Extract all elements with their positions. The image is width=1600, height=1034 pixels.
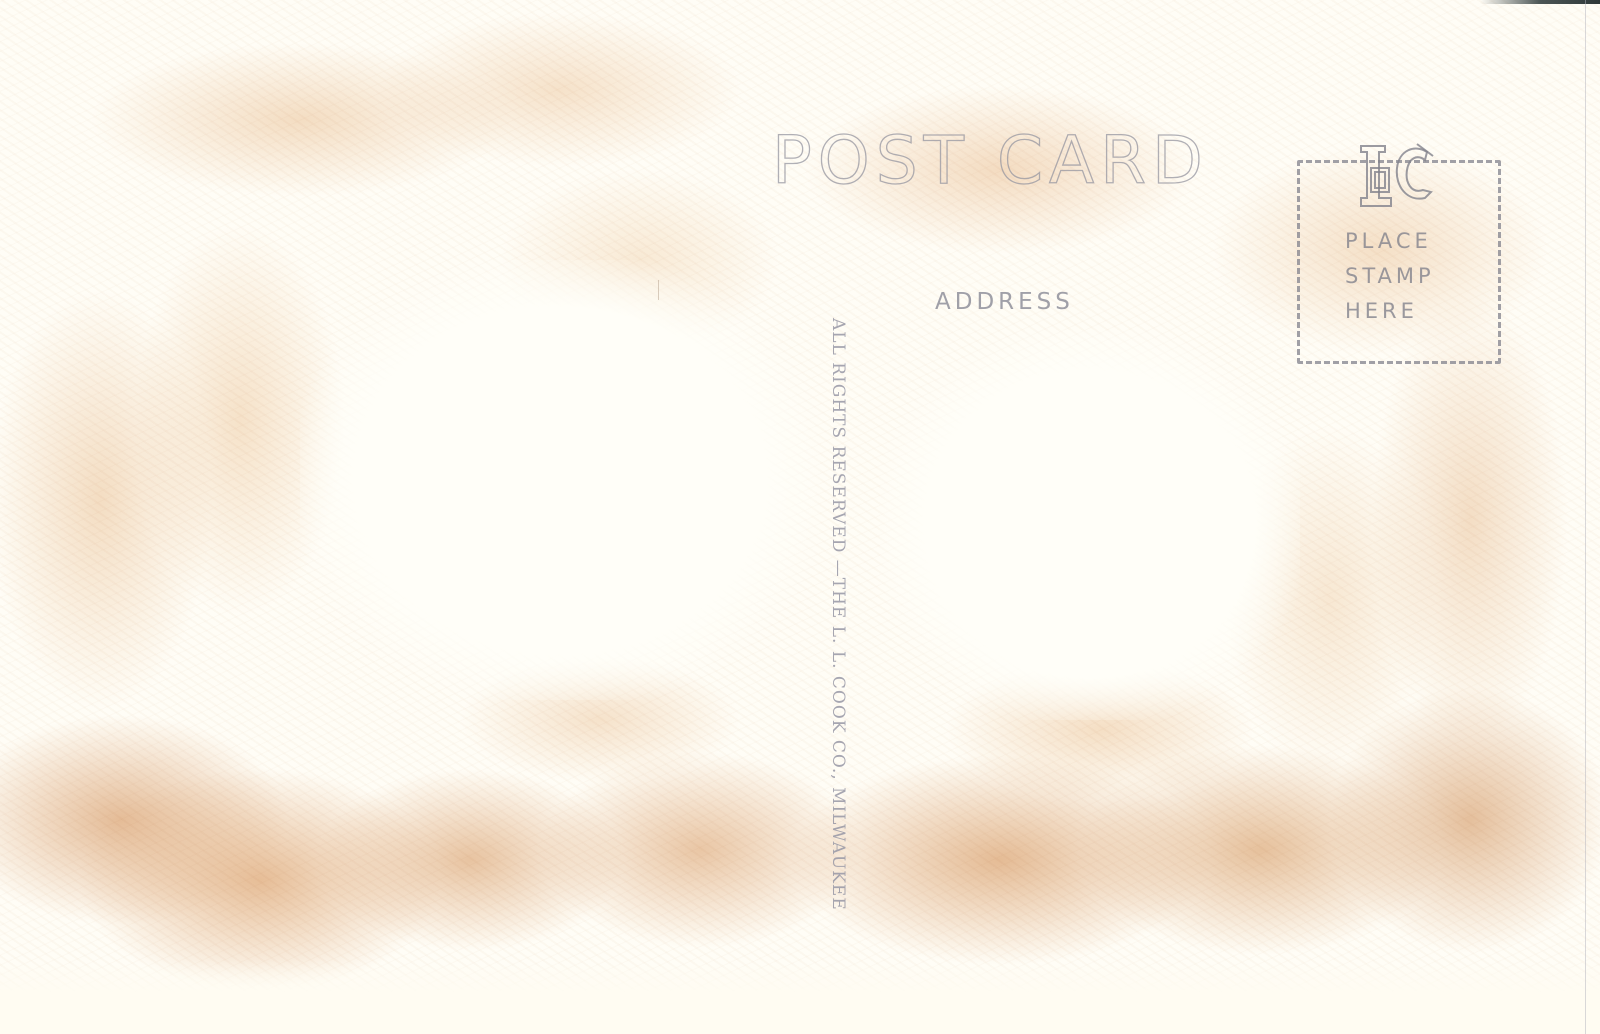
bottom-margin xyxy=(0,960,1600,1034)
address-area xyxy=(880,330,1300,720)
publisher-credit: ALL RIGHTS RESERVED —THE L. L. COOK CO.,… xyxy=(828,318,848,938)
stamp-line: STAMP xyxy=(1345,259,1455,294)
stamp-line: HERE xyxy=(1345,294,1455,329)
lc-monogram-icon xyxy=(1355,142,1439,212)
address-label: ADDRESS xyxy=(935,289,1074,315)
postcard-back: POST CARD ADDRESS ALL RIGHTS RESERVED —T… xyxy=(0,0,1600,1034)
stamp-line: PLACE xyxy=(1345,224,1455,259)
message-area xyxy=(300,260,820,700)
paper-mark xyxy=(658,280,659,300)
card-edge-line xyxy=(1585,0,1586,1034)
stamp-instructions: PLACE STAMP HERE xyxy=(1345,224,1455,329)
scan-edge xyxy=(1480,0,1600,4)
postcard-heading: POST CARD xyxy=(772,122,1209,199)
